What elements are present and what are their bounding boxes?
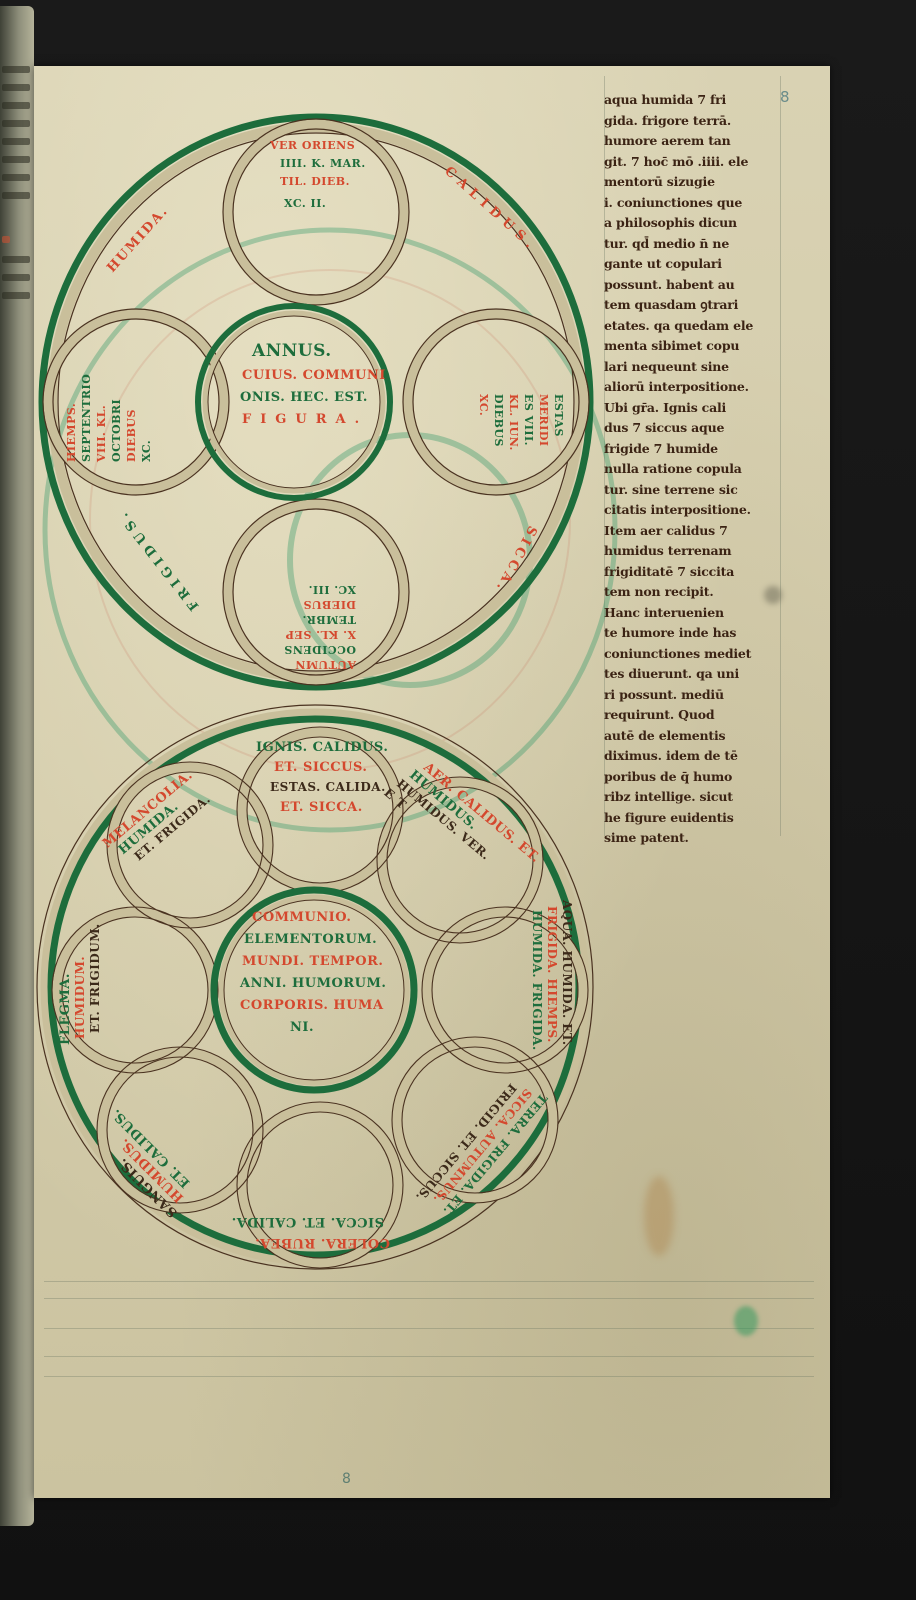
text-line: nulla ratione copula	[604, 459, 769, 480]
flegma-line-1: FLEGMA.	[58, 935, 73, 1045]
text-line: poribus de q̄ humo	[604, 767, 769, 788]
text-line: humore aerem tan	[604, 131, 769, 152]
text-line: te humore inde has	[604, 623, 769, 644]
winter-line-2: SEPTENTRIO	[79, 374, 94, 462]
summer-line-3: ES VIII.	[521, 394, 536, 451]
text-line: frigiditatē 7 siccita	[604, 562, 769, 583]
summer-block: ESTAS MERIDI ES VIII. KL. IUN. DIEBUS XC…	[348, 394, 438, 451]
text-line: coniunctiones mediet	[604, 644, 769, 665]
summer-line-5: DIEBUS	[491, 394, 506, 451]
spring-line-3: TIL. DIEB.	[280, 174, 350, 189]
flegma-line-3: ET. FRIGIDUM.	[88, 923, 103, 1033]
text-line: possunt. habent au	[604, 275, 769, 296]
fire-line-4: ET. SICCA.	[280, 800, 363, 815]
cholera-block: COLERA. RUBEA. SICCA. ET. CALIDA.	[237, 1220, 390, 1250]
text-line: gida. frigore terrā.	[604, 111, 769, 132]
spring-line-2: IIII. K. MAR.	[280, 156, 366, 171]
autumn-line-4: TEMBR.	[284, 612, 356, 627]
fire-line-1: IGNIS. CALIDUS.	[256, 740, 388, 755]
fire-line-3: ESTAS. CALIDA.	[270, 780, 386, 795]
summer-line-4: KL. IUN.	[506, 394, 521, 451]
text-line: Item aer calidus 7	[604, 521, 769, 542]
text-line: mentorū sizugie	[604, 172, 769, 193]
center-ni: NI.	[290, 1020, 314, 1035]
text-line: dus 7 siccus aque	[604, 418, 769, 439]
winter-line-5: DIEBUS	[124, 374, 139, 462]
text-line: tur. qd̄ medio n̄ ne	[604, 234, 769, 255]
winter-line-6: XC.	[139, 374, 154, 462]
text-line: sime patent.	[604, 828, 769, 849]
winter-line-4: OCTOBRI	[109, 374, 124, 462]
text-line: requirunt. Quod	[604, 705, 769, 726]
text-line: he figure euidentis	[604, 808, 769, 829]
text-line: tur. sine terrene sic	[604, 480, 769, 501]
autumn-line-5: DIEBUS	[284, 597, 356, 612]
text-line: aqua humida 7 fri	[604, 90, 769, 111]
flegma-line-2: HUMIDUM.	[73, 929, 88, 1039]
center-communio: COMMUNIO.	[252, 910, 351, 925]
text-line: git. 7 hoc̄ mō .iiii. ele	[604, 152, 769, 173]
text-line: etates. qa quedam ele	[604, 316, 769, 337]
text-line: ribz intellige. sicut	[604, 787, 769, 808]
cholera-line-1: COLERA. RUBEA.	[237, 1235, 390, 1250]
text-line: humidus terrenam	[604, 541, 769, 562]
water-block: AQUA. HUMIDA. ET. FRIGIDA. HIEMPS. HUMID…	[529, 900, 574, 1046]
cholera-line-2: SICCA. ET. CALIDA.	[231, 1214, 384, 1229]
text-line: autē de elementis	[604, 726, 769, 747]
autumn-line-1: AUTUMN	[284, 657, 356, 672]
center-anni: ANNI. HUMORUM.	[240, 976, 386, 991]
spring-line-1: VER ORIENS	[270, 138, 355, 153]
text-line: citatis interpositione.	[604, 500, 769, 521]
center-corporis: CORPORIS. HUMA	[240, 998, 384, 1013]
text-line: aliorū interpositione.	[604, 377, 769, 398]
text-line: menta sibimet copu	[604, 336, 769, 357]
spring-line-4: XC. II.	[284, 196, 326, 211]
text-line: tes diuerunt. qa uni	[604, 664, 769, 685]
summer-line-2: MERIDI	[536, 394, 551, 451]
autumn-block: AUTUMN OCCIDENS X. KL. SEP TEMBR. DIEBUS…	[284, 582, 356, 672]
text-line: Hanc interuenien	[604, 603, 769, 624]
latin-text-column: aqua humida 7 frigida. frigore terrā.hum…	[604, 90, 769, 849]
folio-number-top: 8	[780, 88, 790, 106]
winter-line-1: HIEMPS.	[64, 374, 79, 462]
flegma-block: FLEGMA. HUMIDUM. ET. FRIGIDUM.	[58, 935, 103, 1045]
text-line: ri possunt. mediū	[604, 685, 769, 706]
text-line: Ubi gr̄a. Ignis cali	[604, 398, 769, 419]
autumn-line-3: X. KL. SEP	[284, 627, 356, 642]
center-cuius: CUIUS. COMMUNI	[242, 368, 386, 383]
elements-humours-diagram: COMMUNIO. ELEMENTORUM. MUNDI. TEMPOR. AN…	[30, 700, 600, 1275]
folio-number-bottom: 8	[342, 1471, 351, 1487]
seasons-diagram: ANNUS. CUIUS. COMMUNI ONIS. HEC. EST. FI…	[36, 112, 596, 692]
summer-line-6: XC.	[476, 394, 491, 451]
summer-line-1: ESTAS	[551, 394, 566, 451]
text-line: a philosophis dicun	[604, 213, 769, 234]
text-line: diximus. idem de tē	[604, 746, 769, 767]
water-line-1: AQUA. HUMIDA. ET.	[559, 900, 574, 1046]
text-line: gante ut copulari	[604, 254, 769, 275]
text-line: lari nequeunt sine	[604, 357, 769, 378]
text-line: tem non recipit.	[604, 582, 769, 603]
fire-line-2: ET. SICCUS.	[274, 760, 367, 775]
winter-block: HIEMPS. SEPTENTRIO VIII. KL. OCTOBRI DIE…	[64, 374, 154, 462]
winter-line-3: VIII. KL.	[94, 374, 109, 462]
center-mundi: MUNDI. TEMPOR.	[242, 954, 383, 969]
center-annus: ANNUS.	[252, 344, 332, 359]
autumn-line-2: OCCIDENS	[284, 642, 356, 657]
previous-page-edge	[0, 6, 34, 1526]
water-line-3: HUMIDA. FRIGIDA.	[529, 910, 544, 1056]
water-line-2: FRIGIDA. HIEMPS.	[544, 906, 559, 1052]
autumn-line-6: XC. III.	[284, 582, 356, 597]
text-line: tem quasdam ꝯtrari	[604, 295, 769, 316]
text-line: frigide 7 humide	[604, 439, 769, 460]
center-elementorum: ELEMENTORUM.	[244, 932, 377, 947]
text-line: i. coniunctiones que	[604, 193, 769, 214]
